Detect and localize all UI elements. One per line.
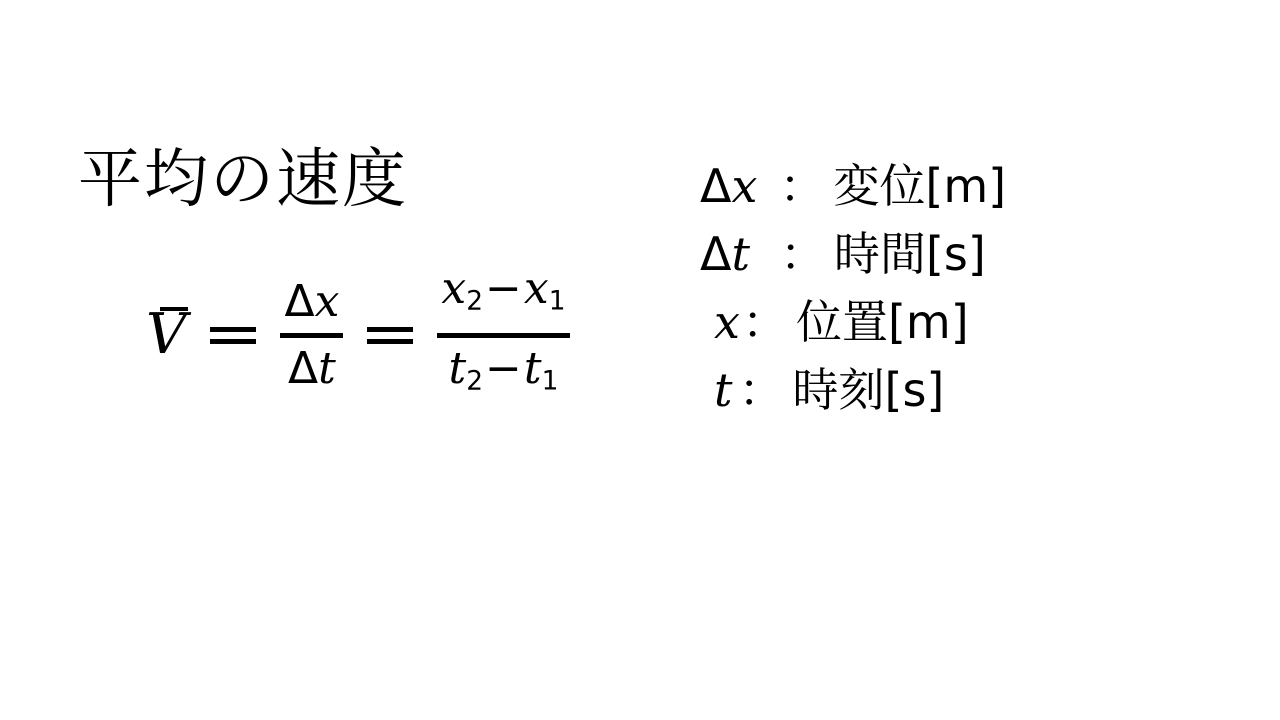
legend-row-time-interval: Δt ： 時間[s] <box>700 220 1006 288</box>
velocity-symbol: V <box>146 305 186 365</box>
variable-legend: Δx ： 変位[m] Δt ： 時間[s] x ： 位置[m] t ： 時刻[s… <box>700 152 1006 424</box>
average-velocity-formula: V Δx Δt x2−x1 t2−t1 <box>146 270 570 400</box>
equals-sign <box>367 327 413 344</box>
legend-row-time: t ： 時刻[s] <box>700 356 1006 424</box>
fraction-delta: Δx Δt <box>280 275 343 396</box>
bar-accent <box>160 307 188 311</box>
legend-row-position: x ： 位置[m] <box>700 288 1006 356</box>
equals-sign <box>210 327 256 344</box>
fraction-difference: x2−x1 t2−t1 <box>437 262 569 408</box>
slide: 平均の速度 V Δx Δt x2−x1 t2−t1 <box>0 0 1280 720</box>
fraction-numerator: Δx <box>280 275 343 329</box>
fraction-bar <box>437 333 569 338</box>
legend-row-displacement: Δx ： 変位[m] <box>700 152 1006 220</box>
fraction-numerator: x2−x1 <box>437 262 569 329</box>
fraction-bar <box>280 333 343 338</box>
slide-title: 平均の速度 <box>78 140 408 220</box>
fraction-denominator: t2−t1 <box>445 342 563 409</box>
fraction-denominator: Δt <box>284 342 340 396</box>
